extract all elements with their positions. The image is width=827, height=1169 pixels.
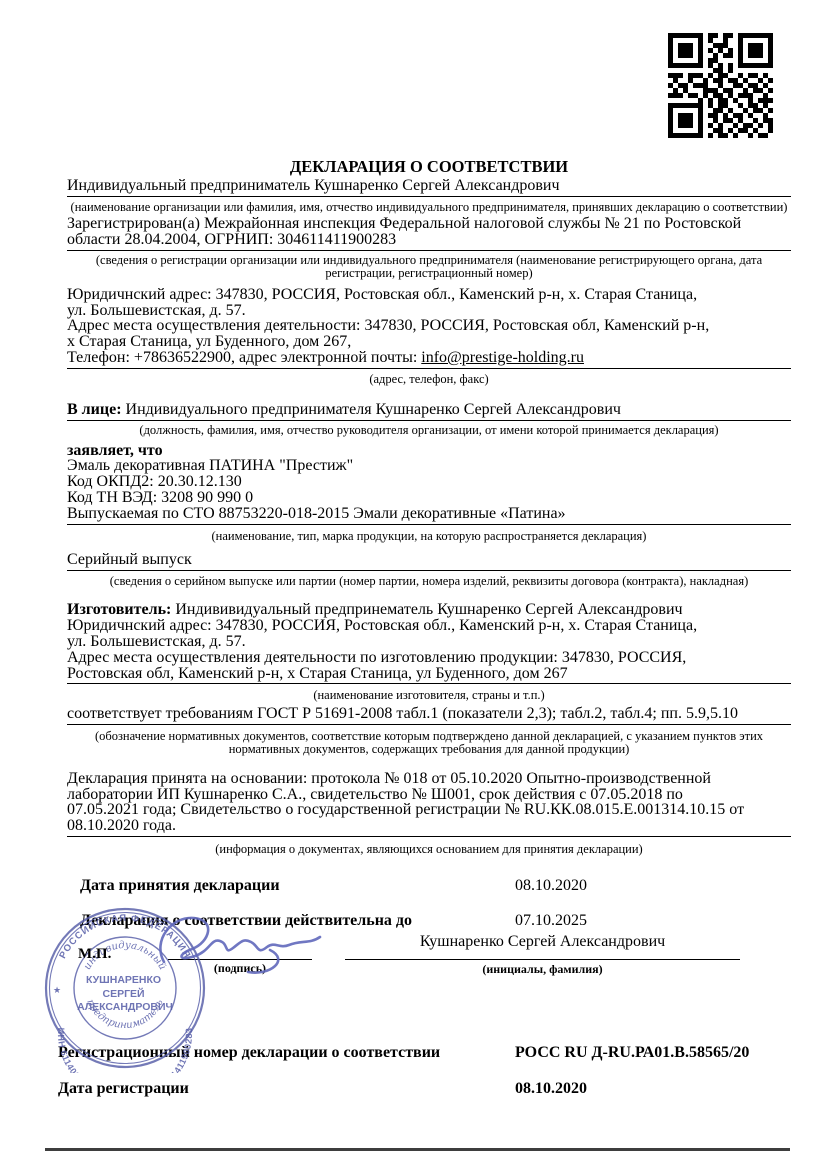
field-caption: (наименование, тип, марка продукции, на … [67, 530, 791, 544]
basis-block: Декларация принята на основании: протоко… [67, 771, 791, 837]
field-caption: (адрес, телефон, факс) [67, 373, 791, 387]
document-title: ДЕКЛАРАЦИЯ О СООТВЕТСТВИИ [67, 157, 791, 176]
text-line: Юридичнский адрес: 347830, РОССИЯ, Росто… [67, 287, 791, 303]
declarant-name-line: Индивидуальный предприниматель Кушнаренк… [67, 178, 791, 197]
signatory-name-line [345, 939, 740, 960]
signatory-name-caption: (инициалы, фамилия) [345, 962, 740, 977]
caption-line: регистрации, регистрационный номер) [67, 267, 791, 281]
text-line: Выпускаемая по СТО 88753220-018-2015 Эма… [67, 506, 791, 522]
text-line: Юридичнский адрес: 347830, РОССИЯ, Росто… [67, 618, 791, 634]
caption-line: нормативных документов, содержащих требо… [67, 743, 791, 757]
text-line: области 28.04.2004, ОГРНИП: 304611411900… [67, 232, 791, 248]
manufacturer-label: Изготовитель: [67, 601, 171, 618]
text-line: Ростовская обл, Каменский р-н, х Старая … [67, 666, 791, 682]
field-caption: (сведения о серийном выпуске или партии … [67, 575, 791, 589]
text-line: Код ОКПД2: 20.30.12.130 [67, 474, 791, 490]
compliance-line: соответствует требованиям ГОСТ Р 51691-2… [67, 706, 791, 725]
text-line: Зарегистрирован(а) Межрайонная инспекция… [67, 216, 791, 232]
signature-ink [150, 908, 330, 983]
email-link[interactable]: info@prestige-holding.ru [421, 349, 584, 366]
text-line: Эмаль декоративная ПАТИНА "Престиж" [67, 458, 791, 474]
representative-value: Индивидуального предпринимателя Кушнарен… [126, 401, 621, 418]
field-caption: (обозначение нормативных документов, соо… [67, 730, 791, 757]
registration-number-value: РОСС RU Д-RU.РА01.В.58565/20 [515, 1045, 749, 1061]
manufacturer-block: Изготовитель: Индививидуальный предприне… [67, 602, 791, 684]
declares-label: заявляет, что [67, 443, 791, 459]
qr-code [668, 33, 773, 138]
field-caption: (наименование организации или фамилия, и… [67, 201, 791, 215]
manufacturer-name: Индививидуальный предпринематель Кушнаре… [175, 601, 682, 618]
stamp-star-icon: ★ [53, 985, 61, 995]
field-caption: (наименование изготовителя, страны и т.п… [67, 689, 791, 703]
registration-info-block: Зарегистрирован(а) Межрайонная инспекция… [67, 216, 791, 251]
caption-line: (сведения о регистрации организации или … [67, 254, 791, 268]
text-line: ул. Большевистская, д. 57. [67, 303, 791, 319]
registration-date-label: Дата регистрации [58, 1081, 515, 1097]
text-line: ул. Большевистская, д. 57. [67, 634, 791, 650]
registration-date-value: 08.10.2020 [515, 1081, 587, 1097]
qr-module [768, 133, 773, 138]
registration-date-row: Дата регистрации 08.10.2020 [58, 1081, 587, 1097]
text-line: 08.10.2020 года. [67, 818, 791, 834]
document-content: ДЕКЛАРАЦИЯ О СООТВЕТСТВИИ Индивидуальный… [0, 0, 827, 929]
page-bottom-divider [45, 1148, 790, 1151]
text-line: Адрес места осуществления деятельности п… [67, 650, 791, 666]
text-line: лаборатории ИП Кушнаренко С.А., свидетел… [67, 787, 791, 803]
field-caption: (сведения о регистрации организации или … [67, 254, 791, 281]
text-line: х Старая Станица, ул Буденного, дом 267, [67, 334, 791, 350]
declaration-document: ДЕКЛАРАЦИЯ О СООТВЕТСТВИИ Индивидуальный… [0, 0, 827, 1169]
phone-line: Телефон: +78636522900, адрес электронной… [67, 350, 791, 366]
text-line: Код ТН ВЭД: 3208 90 990 0 [67, 490, 791, 506]
representative-line: В лице: Индивидуального предпринимателя … [67, 402, 791, 421]
field-caption: (информация о документах, являющихся осн… [67, 843, 791, 857]
text-line: Адрес места осуществления деятельности: … [67, 318, 791, 334]
address-block: Юридичнский адрес: 347830, РОССИЯ, Росто… [67, 287, 791, 369]
stamp-place-label: М.П. [78, 946, 111, 963]
caption-line: (обозначение нормативных документов, соо… [67, 730, 791, 744]
text-line: Декларация принята на основании: протоко… [67, 771, 791, 787]
adoption-date-row: Дата принятия декларации 08.10.2020 [67, 878, 791, 894]
adoption-date-value: 08.10.2020 [515, 878, 587, 894]
product-block: Эмаль декоративная ПАТИНА "Престиж" Код … [67, 458, 791, 524]
manufacturer-line: Изготовитель: Индививидуальный предприне… [67, 602, 791, 618]
adoption-date-label: Дата принятия декларации [80, 878, 515, 894]
phone-text: Телефон: +78636522900, адрес электронной… [67, 349, 421, 366]
field-caption: (должность, фамилия, имя, отчество руков… [67, 424, 791, 438]
serial-line: Серийный выпуск [67, 552, 791, 571]
representative-label: В лице: [67, 401, 122, 418]
text-line: 07.05.2021 года; Свидетельство о государ… [67, 802, 791, 818]
